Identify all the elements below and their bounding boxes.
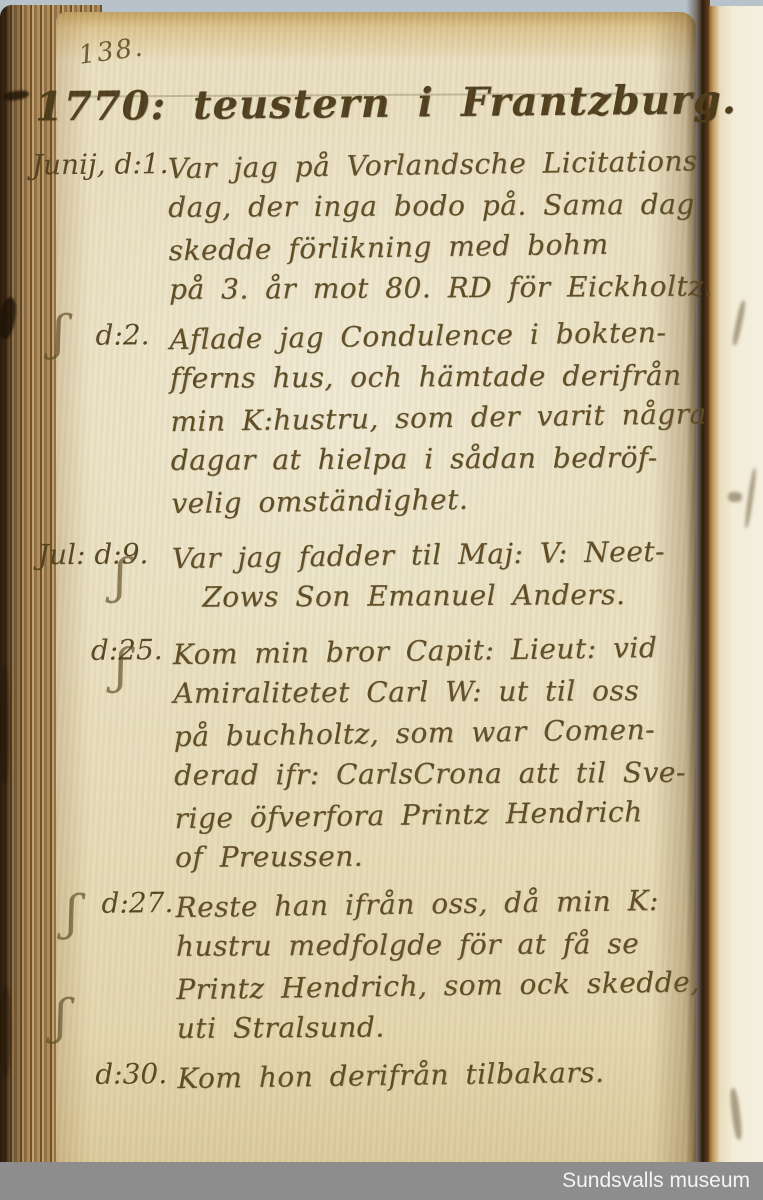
ink-smudge — [0, 665, 9, 785]
entry-line: Amiralitetet Carl W: ut til oss — [173, 670, 691, 714]
entry-line: derad ifr: CarlsCrona att til Sve- — [174, 752, 692, 796]
ink-smudge — [0, 985, 11, 1077]
journal-entry: Jul: d:9. Var jag fadder til Maj: V: Nee… — [40, 532, 691, 621]
entry-line: skedde förlikning med bohm — [168, 222, 687, 271]
page-number: 138. — [77, 32, 146, 70]
facing-page-sliver — [709, 6, 763, 1200]
entry-date: d:25. — [91, 633, 163, 667]
entry-line: hustru medfolgde för at få se — [176, 923, 694, 967]
journal-entries: Junij, d:1. Var jag på Vorlandsche Licit… — [36, 142, 696, 1100]
entry-line: Zows Son Emanuel Anders. — [202, 574, 690, 618]
year-heading: 1770: teustern i Frantzburg. — [35, 77, 685, 131]
journal-entry: d:25. Kom min bror Capit: Lieut: vid Ami… — [41, 628, 694, 881]
manuscript-photo: 138. 1770: teustern i Frantzburg. ʃ ʃ ʃ … — [0, 0, 763, 1200]
museum-credit-text: Sundsvalls museum — [562, 1169, 750, 1193]
entry-line: rige öfverfora Printz Hendrich — [174, 790, 693, 839]
entry-line: Reste han ifrån oss, då min K: — [175, 879, 694, 928]
journal-entry: d:27. Reste han ifrån oss, då min K: hus… — [43, 881, 695, 1052]
entry-line: uti Stralsund. — [177, 1005, 695, 1049]
entry-line: of Preussen. — [175, 834, 693, 878]
entry-line: Kom hon derifrån tilbakars. — [177, 1050, 696, 1099]
entry-line: min K:hustru, som der varit några — [170, 393, 689, 442]
entry-line: Var jag fadder til Maj: V: Neet- — [172, 530, 691, 579]
entry-date: Junij, d:1. — [32, 147, 169, 181]
bleed-through-stroke — [728, 492, 742, 502]
entry-line: Kom min bror Capit: Lieut: vid — [173, 626, 692, 675]
entry-date: d:27. — [101, 886, 173, 920]
journal-entry: d:2. Aflade jag Condulence i bokten- ffe… — [37, 313, 689, 525]
entry-line: Var jag på Vorlandsche Licitations — [168, 140, 687, 189]
entry-line: på buchholtz, som war Comen- — [173, 708, 692, 757]
entry-line: dag, der inga bodo på. Sama dag — [168, 184, 686, 228]
entry-date: Jul: d:9. — [38, 537, 149, 571]
journal-entry: d:30. Kom hon derifrån tilbakars. — [45, 1052, 695, 1100]
entry-line: Aflade jag Condulence i bokten- — [169, 311, 688, 360]
entry-date: d:2. — [95, 318, 149, 352]
entry-line: på 3. år mot 80. RD för Eickholtz. — [169, 266, 687, 310]
ink-smudge — [3, 89, 30, 102]
handwritten-text: 138. 1770: teustern i Frantzburg. ʃ ʃ ʃ … — [34, 31, 695, 1107]
entry-line: Printz Hendrich, som ock skedde, — [176, 961, 695, 1010]
ink-smudge — [0, 296, 18, 340]
journal-entry: Junij, d:1. Var jag på Vorlandsche Licit… — [36, 142, 688, 313]
entry-line: dagar at hielpa i sådan bedröf- — [171, 437, 689, 481]
entry-line: velig omständighet. — [171, 475, 690, 524]
entry-line: fferns hus, och hämtade derifrån — [170, 355, 688, 399]
entry-date: d:30. — [95, 1057, 167, 1091]
museum-credit-bar: Sundsvalls museum — [0, 1162, 763, 1200]
